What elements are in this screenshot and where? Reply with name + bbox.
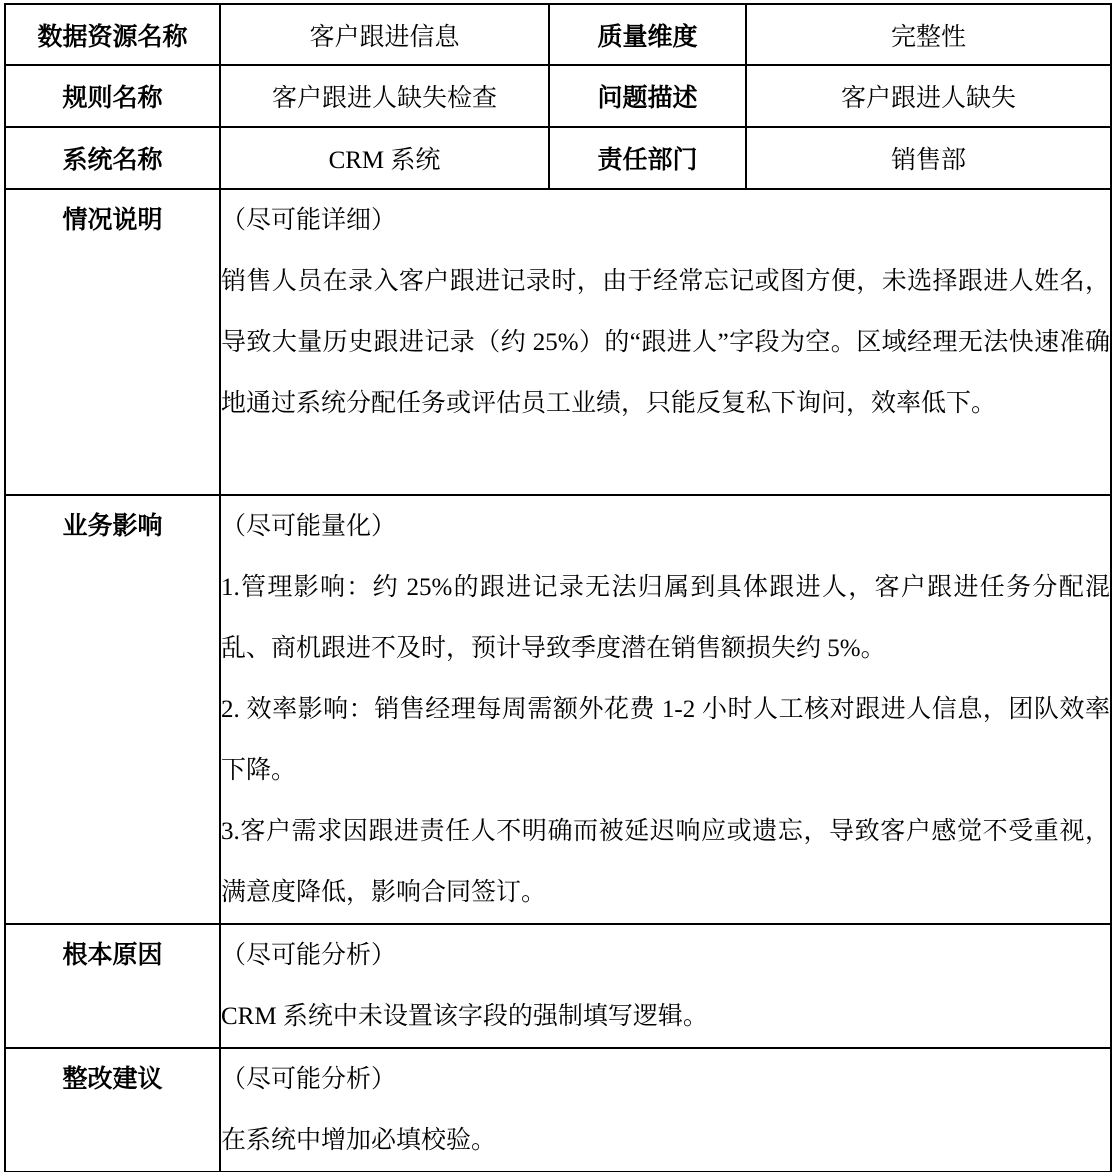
field-value-rule-name: 客户跟进人缺失检查 bbox=[220, 65, 549, 127]
table-row-system: 系统名称 CRM 系统 责任部门 销售部 bbox=[5, 127, 1111, 189]
field-label-business-impact: 业务影响 bbox=[5, 495, 220, 924]
field-value-system-name: CRM 系统 bbox=[220, 127, 549, 189]
table-row-business-impact: 业务影响 （尽可能量化） 1.管理影响：约 25%的跟进记录无法归属到具体跟进人… bbox=[5, 495, 1111, 924]
field-content-business-impact: （尽可能量化） 1.管理影响：约 25%的跟进记录无法归属到具体跟进人，客户跟进… bbox=[220, 495, 1111, 924]
field-value-resource-name: 客户跟进信息 bbox=[220, 4, 549, 65]
field-content-situation: （尽可能详细） 销售人员在录入客户跟进记录时，由于经常忘记或图方便，未选择跟进人… bbox=[220, 189, 1111, 495]
hint-text: （尽可能分析） bbox=[221, 925, 1110, 986]
paragraph: CRM 系统中未设置该字段的强制填写逻辑。 bbox=[221, 986, 1110, 1047]
field-content-improvement-suggestion: （尽可能分析） 在系统中增加必填校验。 bbox=[220, 1048, 1111, 1172]
table-row-situation: 情况说明 （尽可能详细） 销售人员在录入客户跟进记录时，由于经常忘记或图方便，未… bbox=[5, 189, 1111, 495]
field-label-situation: 情况说明 bbox=[5, 189, 220, 495]
hint-text: （尽可能详细） bbox=[221, 190, 1110, 251]
field-label-rule-name: 规则名称 bbox=[5, 65, 220, 127]
paragraph: 在系统中增加必填校验。 bbox=[221, 1110, 1110, 1171]
table-row-resource: 数据资源名称 客户跟进信息 质量维度 完整性 bbox=[5, 4, 1111, 65]
field-label-resource-name: 数据资源名称 bbox=[5, 4, 220, 65]
document-page: 数据资源名称 客户跟进信息 质量维度 完整性 规则名称 客户跟进人缺失检查 问题… bbox=[0, 0, 1114, 1172]
hint-text: （尽可能量化） bbox=[221, 496, 1110, 557]
field-label-root-cause: 根本原因 bbox=[5, 924, 220, 1048]
hint-text: （尽可能分析） bbox=[221, 1049, 1110, 1110]
paragraph: 1.管理影响：约 25%的跟进记录无法归属到具体跟进人，客户跟进任务分配混乱、商… bbox=[221, 557, 1110, 679]
table-row-rule: 规则名称 客户跟进人缺失检查 问题描述 客户跟进人缺失 bbox=[5, 65, 1111, 127]
field-label-quality-dimension: 质量维度 bbox=[549, 4, 746, 65]
paragraph: 2. 效率影响：销售经理每周需额外花费 1-2 小时人工核对跟进人信息，团队效率… bbox=[221, 679, 1110, 801]
paragraph: 销售人员在录入客户跟进记录时，由于经常忘记或图方便，未选择跟进人姓名，导致大量历… bbox=[221, 251, 1110, 434]
field-label-responsible-department: 责任部门 bbox=[549, 127, 746, 189]
field-label-improvement-suggestion: 整改建议 bbox=[5, 1048, 220, 1172]
table-row-root-cause: 根本原因 （尽可能分析） CRM 系统中未设置该字段的强制填写逻辑。 bbox=[5, 924, 1111, 1048]
field-content-root-cause: （尽可能分析） CRM 系统中未设置该字段的强制填写逻辑。 bbox=[220, 924, 1111, 1048]
data-quality-issue-table: 数据资源名称 客户跟进信息 质量维度 完整性 规则名称 客户跟进人缺失检查 问题… bbox=[4, 3, 1112, 1172]
field-label-problem-description: 问题描述 bbox=[549, 65, 746, 127]
paragraph: 3.客户需求因跟进责任人不明确而被延迟响应或遗忘，导致客户感觉不受重视，满意度降… bbox=[221, 801, 1110, 923]
field-value-problem-description: 客户跟进人缺失 bbox=[746, 65, 1111, 127]
table-row-improvement-suggestion: 整改建议 （尽可能分析） 在系统中增加必填校验。 bbox=[5, 1048, 1111, 1172]
field-value-quality-dimension: 完整性 bbox=[746, 4, 1111, 65]
field-value-responsible-department: 销售部 bbox=[746, 127, 1111, 189]
field-label-system-name: 系统名称 bbox=[5, 127, 220, 189]
